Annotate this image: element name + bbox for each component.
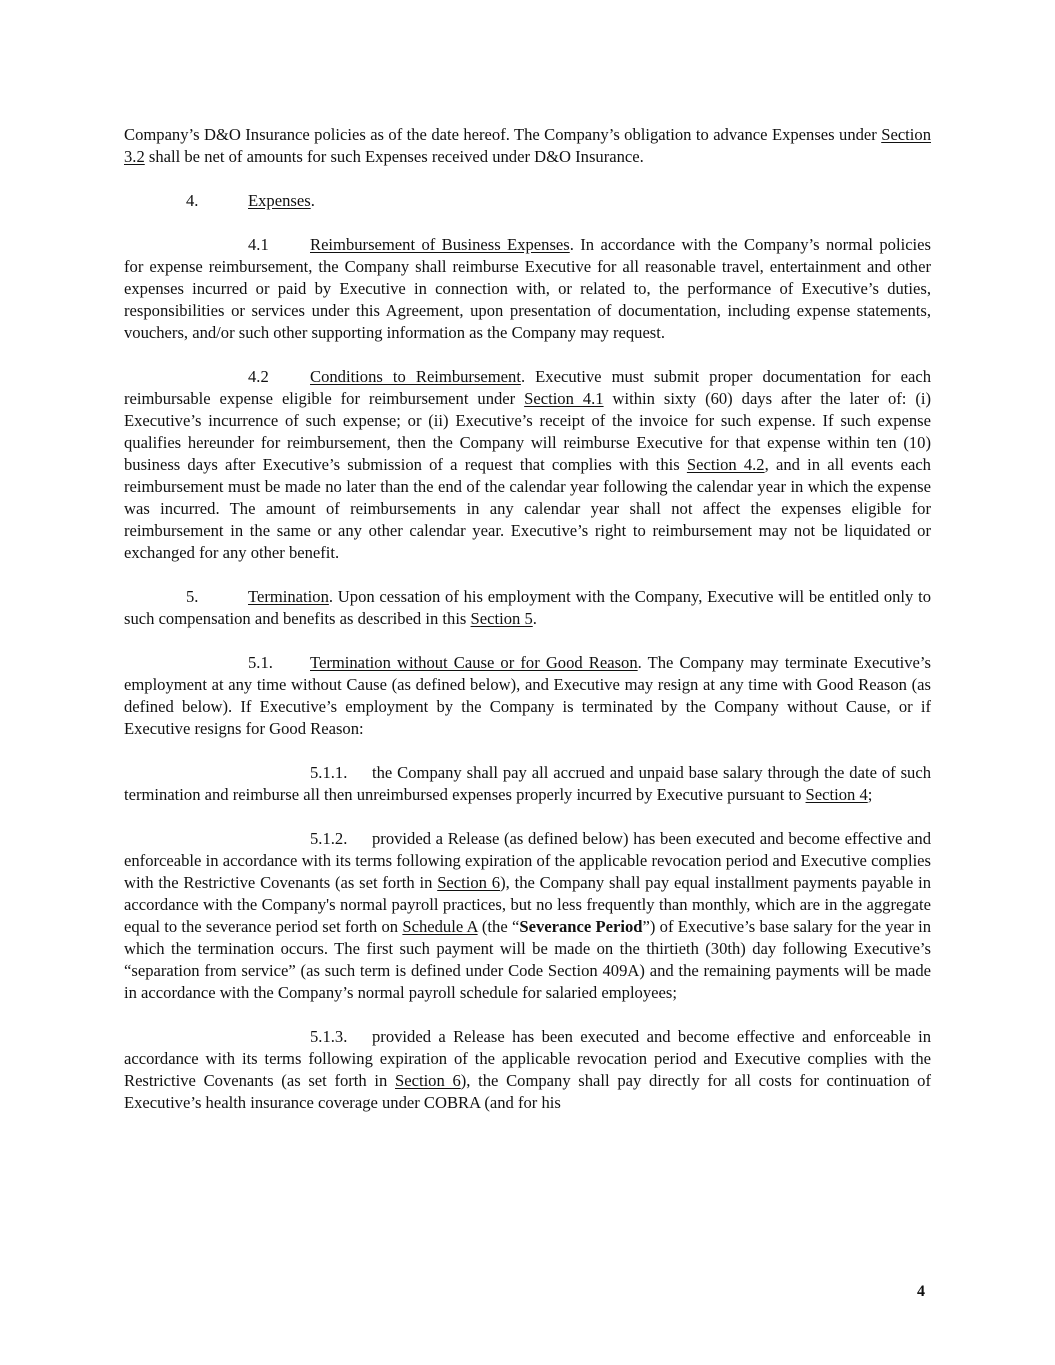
text: Company’s D&O Insurance policies as of t… xyxy=(124,125,881,144)
section-4-2: 4.2Conditions to Reimbursement. Executiv… xyxy=(124,366,931,564)
page-number: 4 xyxy=(917,1283,925,1301)
text: ; xyxy=(868,785,873,804)
section-5-1-1: 5.1.1.the Company shall pay all accrued … xyxy=(124,762,931,806)
section-number: 5.1.1. xyxy=(310,762,372,784)
section-number: 4. xyxy=(186,190,248,212)
section-5-1: 5.1.Termination without Cause or for Goo… xyxy=(124,652,931,740)
text: shall be net of amounts for such Expense… xyxy=(145,147,644,166)
cross-reference-section-4: Section 4 xyxy=(806,785,868,804)
section-title: Expenses xyxy=(248,191,311,210)
document-page: Company’s D&O Insurance policies as of t… xyxy=(124,124,931,1136)
cross-reference-section-5: Section 5 xyxy=(471,609,533,628)
text: . xyxy=(311,191,315,210)
section-number: 4.1 xyxy=(248,234,310,256)
section-5: 5.Termination. Upon cessation of his emp… xyxy=(124,586,931,630)
section-number: 5. xyxy=(186,586,248,608)
cross-reference-section-6: Section 6 xyxy=(395,1071,461,1090)
cross-reference-section-6: Section 6 xyxy=(437,873,500,892)
section-number: 5.1. xyxy=(248,652,310,674)
section-title: Reimbursement of Business Expenses xyxy=(310,235,570,254)
text: . xyxy=(533,609,537,628)
section-5-1-3: 5.1.3.provided a Release has been execut… xyxy=(124,1026,931,1114)
section-5-1-2: 5.1.2.provided a Release (as defined bel… xyxy=(124,828,931,1004)
paragraph-carryover: Company’s D&O Insurance policies as of t… xyxy=(124,124,931,168)
section-title: Termination without Cause or for Good Re… xyxy=(310,653,638,672)
text: (the “ xyxy=(478,917,520,936)
section-number: 4.2 xyxy=(248,366,310,388)
cross-reference-section-4-1: Section 4.1 xyxy=(524,389,603,408)
defined-term-severance-period: Severance Period xyxy=(519,917,642,936)
section-title: Conditions to Reimbursement xyxy=(310,367,521,386)
section-4-1: 4.1Reimbursement of Business Expenses. I… xyxy=(124,234,931,344)
cross-reference-section-4-2: Section 4.2 xyxy=(687,455,765,474)
section-number: 5.1.3. xyxy=(310,1026,372,1048)
cross-reference-schedule-a: Schedule A xyxy=(402,917,477,936)
section-4-heading: 4.Expenses. xyxy=(124,190,931,212)
section-title: Termination xyxy=(248,587,329,606)
section-number: 5.1.2. xyxy=(310,828,372,850)
